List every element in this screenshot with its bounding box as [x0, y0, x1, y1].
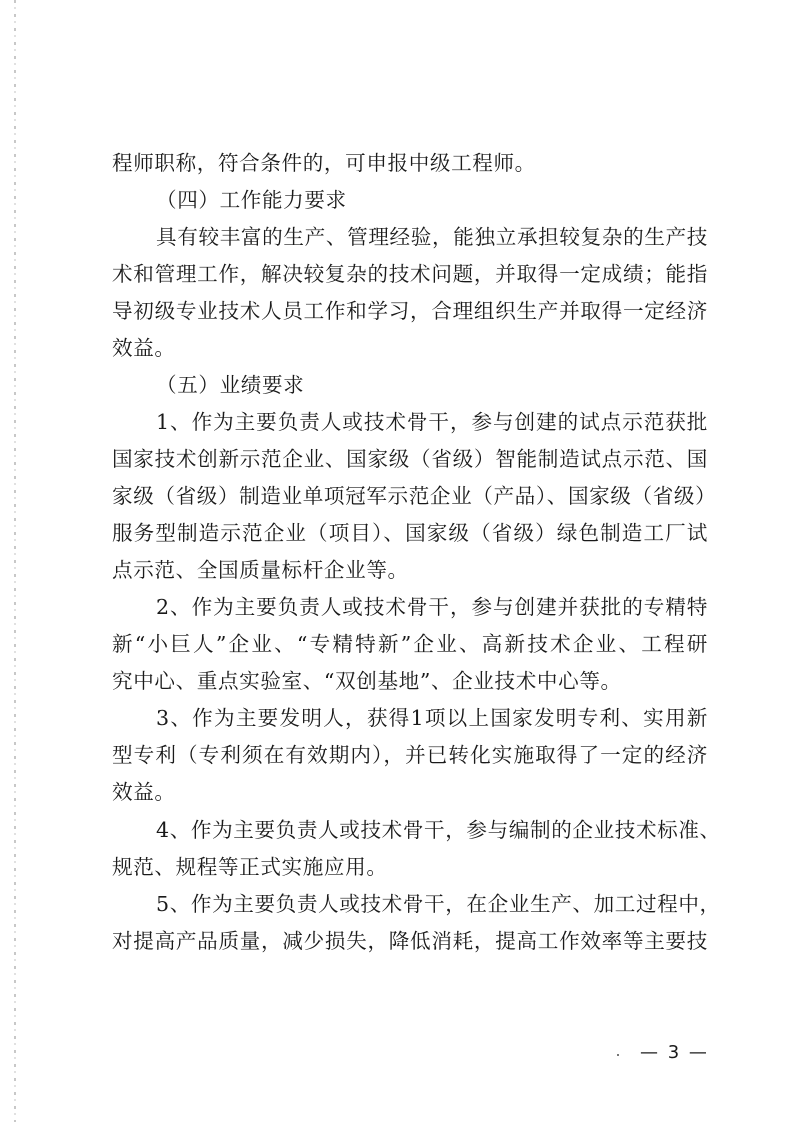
- list-item-5-line: 对提高产品质量，减少损失，降低消耗，提高工作效率等主要技: [112, 923, 708, 960]
- section-heading-work-ability: （四）工作能力要求: [112, 182, 708, 219]
- list-item-2-line: 究中心、重点实验室、“双创基地”、企业技术中心等。: [112, 663, 708, 700]
- list-item-3-line: 效益。: [112, 774, 708, 811]
- paragraph-line: 术和管理工作，解决较复杂的技术问题，并取得一定成绩；能指: [112, 256, 708, 293]
- list-item-2-line: 2、作为主要负责人或技术骨干，参与创建并获批的专精特: [112, 589, 708, 626]
- list-item-1-line: 服务型制造示范企业（项目）、国家级（省级）绿色制造工厂试: [112, 515, 708, 552]
- list-item-2-line: 新“小巨人”企业、“专精特新”企业、高新技术企业、工程研: [112, 626, 708, 663]
- list-item-1-line: 家级（省级）制造业单项冠军示范企业（产品）、国家级（省级）: [112, 478, 708, 515]
- scan-speck: [617, 1054, 619, 1056]
- page-number: — 3 —: [640, 1040, 709, 1066]
- list-item-1-line: 点示范、全国质量标杆企业等。: [112, 552, 708, 589]
- section-heading-performance: （五）业绩要求: [112, 367, 708, 404]
- paragraph-line: 程师职称，符合条件的，可申报中级工程师。: [112, 145, 708, 182]
- list-item-1-line: 1、作为主要负责人或技术骨干，参与创建的试点示范获批: [112, 404, 708, 441]
- list-item-4-line: 4、作为主要负责人或技术骨干，参与编制的企业技术标准、: [112, 812, 708, 849]
- list-item-3-line: 3、作为主要发明人，获得1项以上国家发明专利、实用新: [112, 700, 708, 737]
- list-item-1-line: 国家技术创新示范企业、国家级（省级）智能制造试点示范、国: [112, 441, 708, 478]
- list-item-3-line: 型专利（专利须在有效期内），并已转化实施取得了一定的经济: [112, 737, 708, 774]
- scan-edge-artifact: [14, 0, 16, 1122]
- list-item-4-line: 规范、规程等正式实施应用。: [112, 849, 708, 886]
- paragraph-line: 导初级专业技术人员工作和学习，合理组织生产并取得一定经济: [112, 293, 708, 330]
- paragraph-line: 具有较丰富的生产、管理经验，能独立承担较复杂的生产技: [112, 219, 708, 256]
- paragraph-line: 效益。: [112, 330, 708, 367]
- list-item-5-line: 5、作为主要负责人或技术骨干，在企业生产、加工过程中，: [112, 886, 708, 923]
